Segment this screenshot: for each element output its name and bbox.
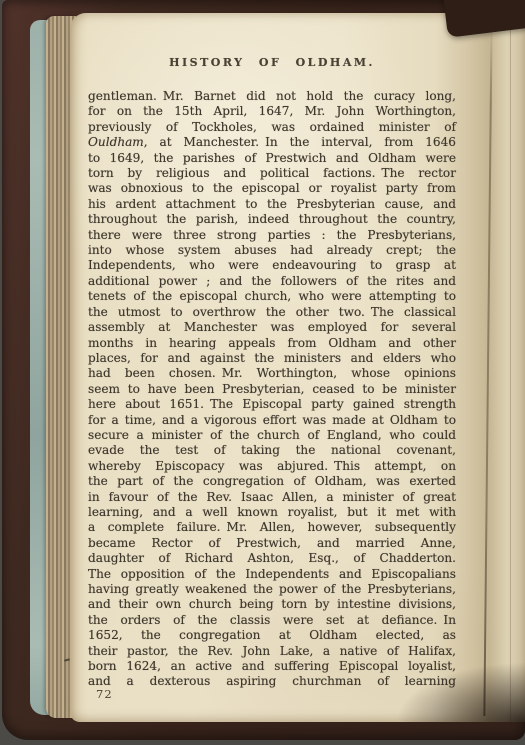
gutter-crease xyxy=(483,19,492,716)
bottom-right-shadow xyxy=(395,662,525,722)
text-line: secure a minister of the church of Engla… xyxy=(88,428,456,443)
text-line: 1652, the congregation at Oldham elected… xyxy=(88,628,456,643)
text-line: daughter of Richard Ashton, Esq., of Cha… xyxy=(88,551,456,566)
text-line: whereby Episcopacy was abjured. This att… xyxy=(88,459,456,474)
text-line: the part of the congregation of Oldham, … xyxy=(88,474,456,489)
text-line: for a time, and a vigorous effort was ma… xyxy=(88,413,456,428)
text-line: their pastor, the Rev. John Lake, a nati… xyxy=(88,644,456,659)
text-line: learning, and a well known royalist, but… xyxy=(88,505,456,520)
text-line: additional power ; and the followers of … xyxy=(88,274,456,289)
text-line: to 1649, the parishes of Prestwich and O… xyxy=(88,151,456,166)
text-line: assembly at Manchester was employed for … xyxy=(88,320,456,335)
text-line: gentleman. Mr. Barnet did not hold the c… xyxy=(88,89,456,104)
text-line: had been chosen. Mr. Worthington, whose … xyxy=(88,366,456,381)
photo-background: HISTORY OF OLDHAM. gentleman. Mr. Barnet… xyxy=(0,0,525,745)
text-line: his ardent attachment to the Presbyteria… xyxy=(88,197,456,212)
text-line: Independents, who were endeavouring to g… xyxy=(88,258,456,273)
text-line: tenets of the episcopal church, who were… xyxy=(88,289,456,304)
text-line: and their own church being torn by intes… xyxy=(88,597,456,612)
text-line: in favour of the Rev. Isaac Allen, a min… xyxy=(88,490,456,505)
text-line: here about 1651. The Episcopal party gai… xyxy=(88,397,456,412)
text-line: the utmost to overthrow the other two. T… xyxy=(88,305,456,320)
text-line: having greatly weakened the power of the… xyxy=(88,582,456,597)
text-line: for on the 15th April, 1647, Mr. John Wo… xyxy=(88,104,456,119)
text-line: months in hearing appeals from Oldham an… xyxy=(88,336,456,351)
text-line: throughout the parish, indeed throughout… xyxy=(88,212,456,227)
text-line: seem to have been Presbyterian, ceased t… xyxy=(88,382,456,397)
text-line: torn by religious and political factions… xyxy=(88,166,456,181)
text-line: there were three strong parties : the Pr… xyxy=(88,228,456,243)
text-line: evade the test of taking the national co… xyxy=(88,443,456,458)
text-line: places, for and against the ministers an… xyxy=(88,351,456,366)
text-line: was obnoxious to the episcopal or royali… xyxy=(88,181,456,196)
text-line: became Rector of Prestwich, and married … xyxy=(88,536,456,551)
running-head: HISTORY OF OLDHAM. xyxy=(88,56,456,69)
body-text: gentleman. Mr. Barnet did not hold the c… xyxy=(88,89,456,690)
text-line: the orders of the classis were set at de… xyxy=(88,613,456,628)
text-line: into whose system abuses had already cre… xyxy=(88,243,456,258)
gutter-crease-2 xyxy=(510,13,511,722)
book-page: HISTORY OF OLDHAM. gentleman. Mr. Barnet… xyxy=(70,13,525,722)
page-number: 72 xyxy=(96,687,113,701)
text-line: a complete failure. Mr. Allen, however, … xyxy=(88,520,456,535)
text-line: Ouldham, at Manchester. In the interval,… xyxy=(88,135,456,150)
text-line: previously of Tockholes, was ordained mi… xyxy=(88,120,456,135)
text-line: The opposition of the Independents and E… xyxy=(88,567,456,582)
